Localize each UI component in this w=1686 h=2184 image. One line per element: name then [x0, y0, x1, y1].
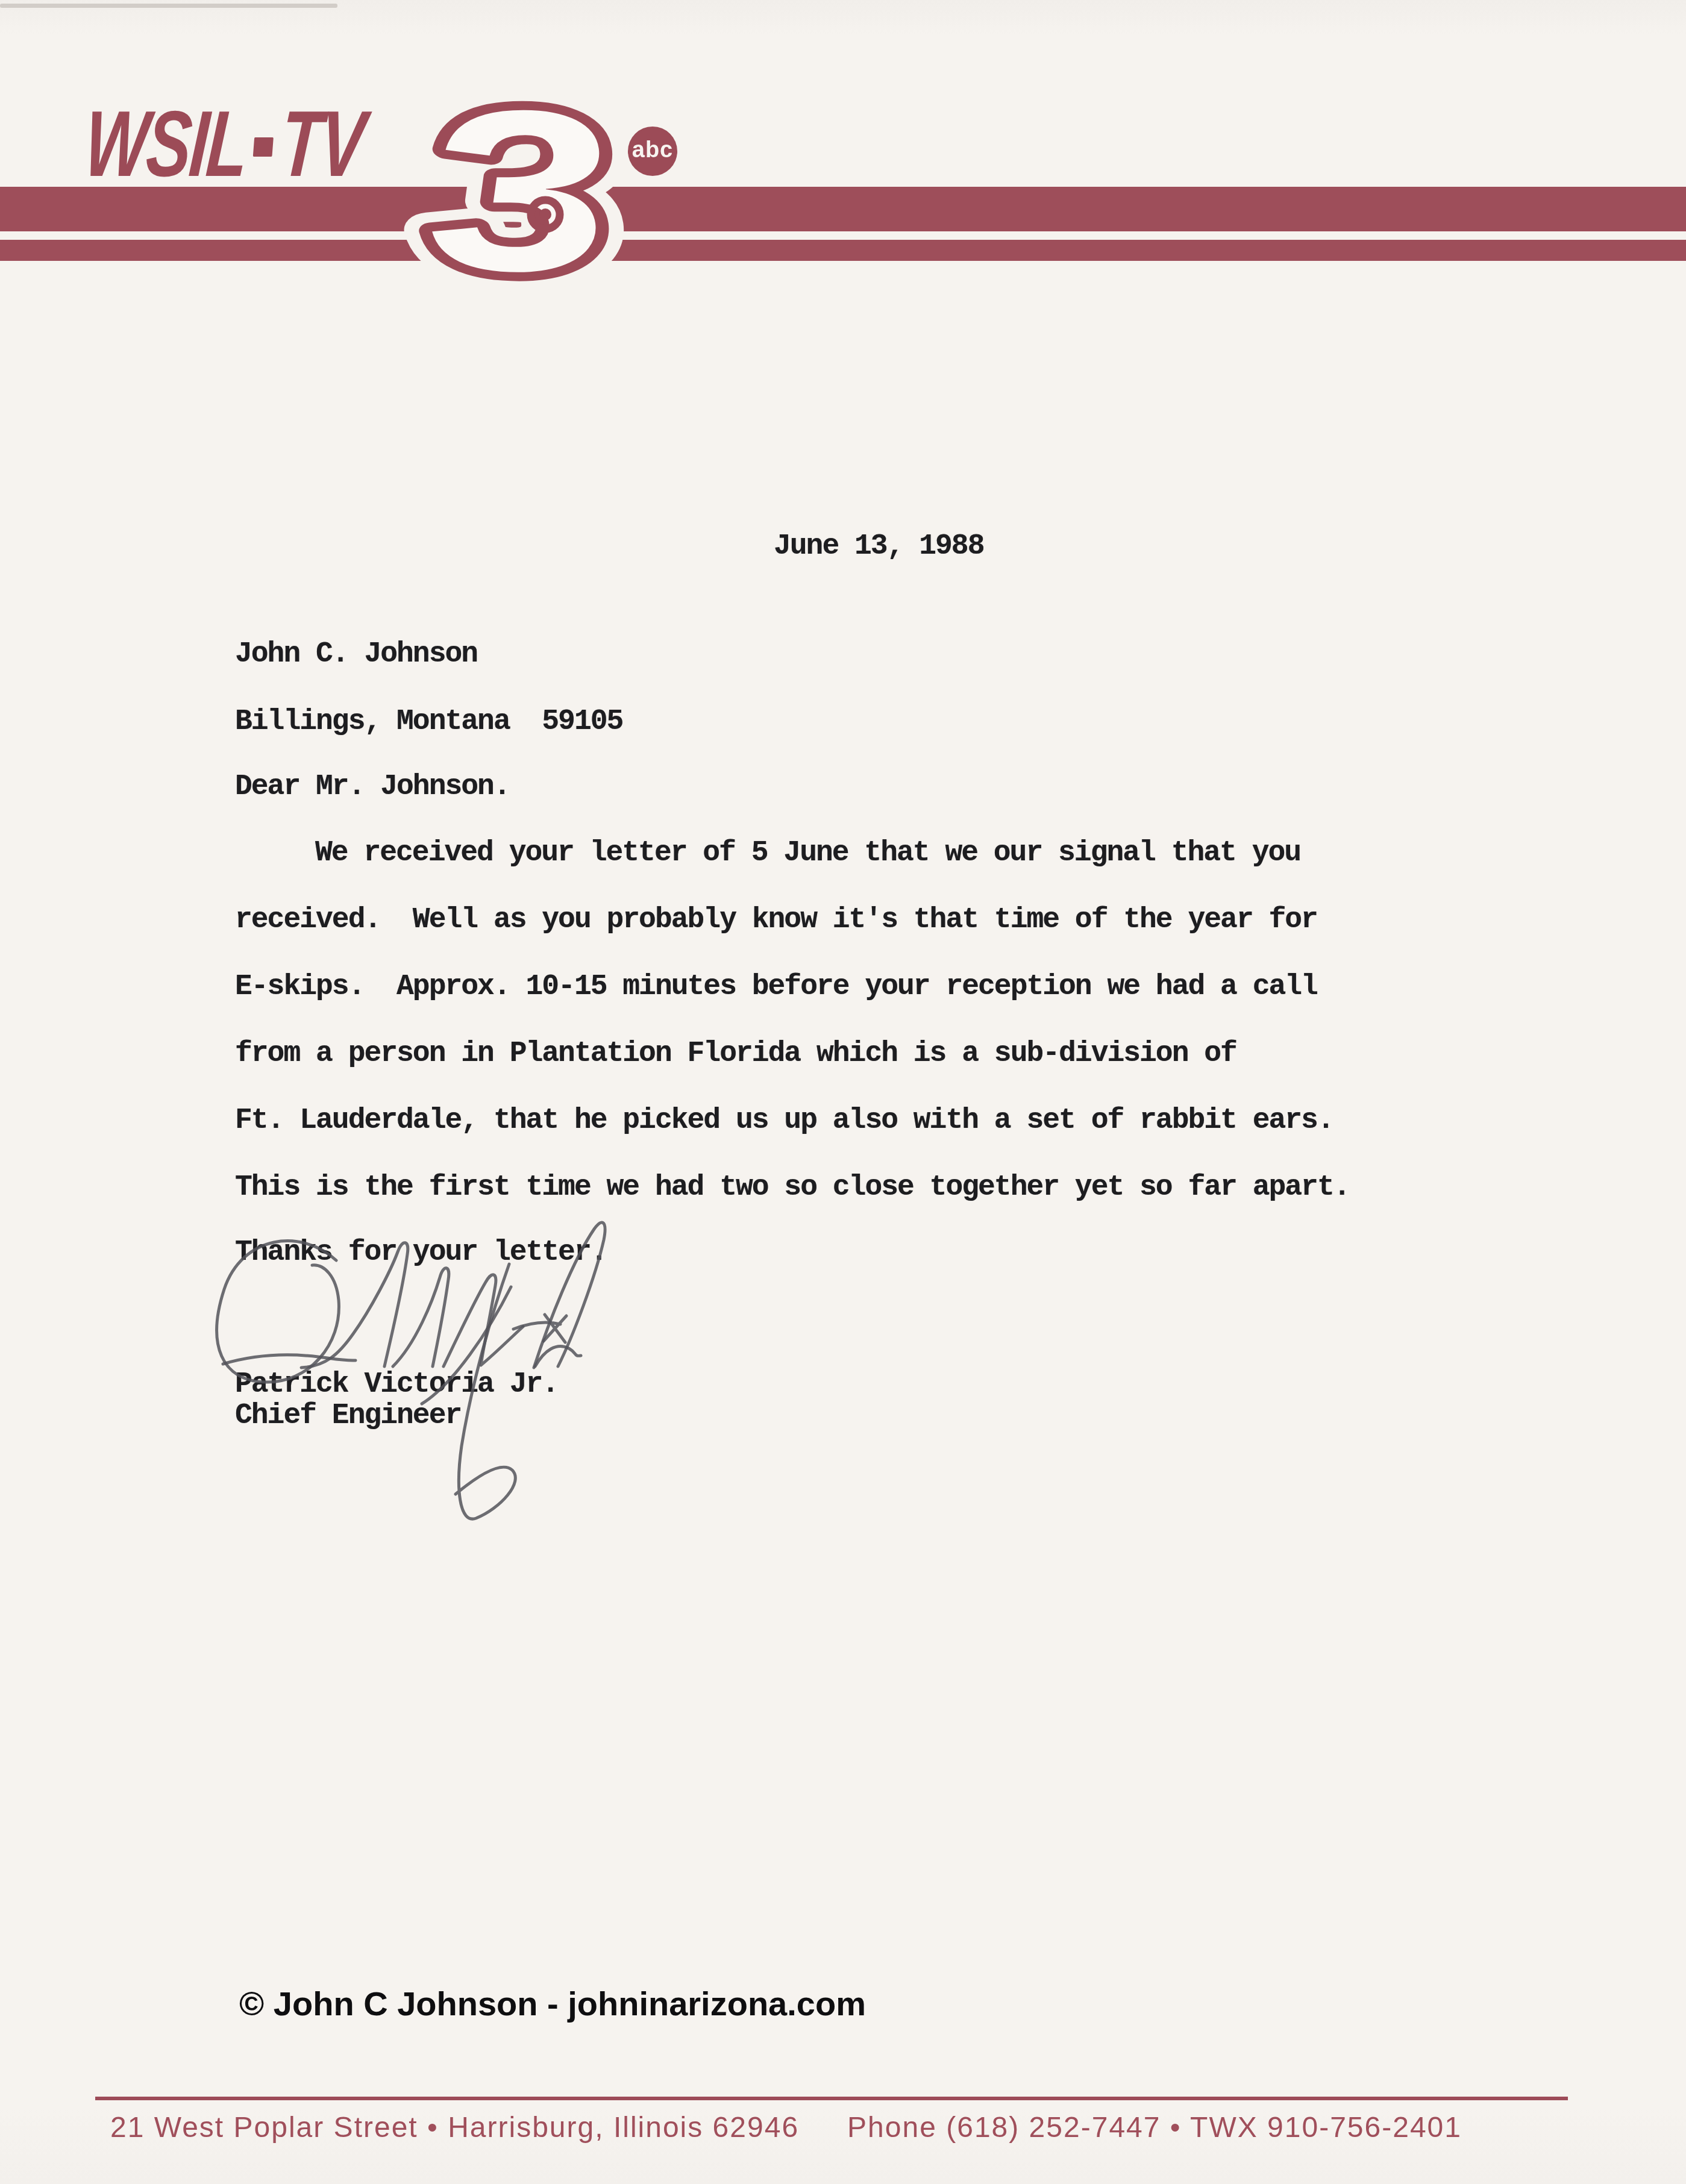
signature-scribble	[0, 0, 1686, 2184]
scanned-letter-page: WSIL TV 3 3 3 abc June 13, 1988 John C. …	[0, 0, 1686, 2184]
